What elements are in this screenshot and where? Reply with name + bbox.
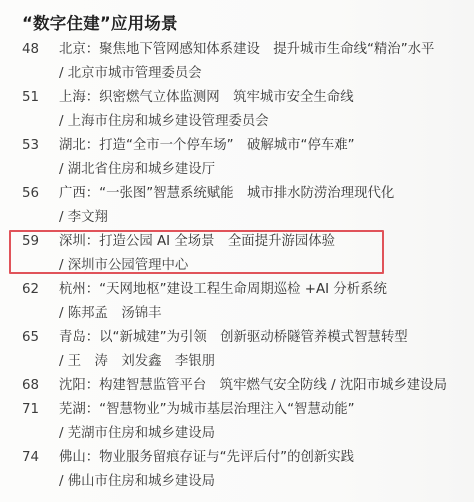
- toc-entry-title-line: 53 湖北：打造“全市一个停车场” 破解城市“停车难”: [0, 134, 474, 158]
- article-author: / 芜湖市住房和城乡建设局: [59, 422, 215, 446]
- article-author: / 上海市住房和城乡建设管理委员会: [59, 110, 269, 134]
- toc-entry-author-line: / 佛山市住房和城乡建设局: [0, 470, 474, 494]
- toc-entry-title-line: 74 佛山：物业服务留痕存证与“先评后付”的创新实践: [0, 446, 474, 470]
- article-author: / 陈邦孟 汤锦丰: [59, 302, 162, 326]
- toc-entry-title-line: 71 芜湖：“智慧物业”为城市基层治理注入“智慧动能”: [0, 398, 474, 422]
- article-author: / 北京市城市管理委员会: [59, 62, 202, 86]
- table-of-contents: 48 北京：聚焦地下管网感知体系建设 提升城市生命线“精治”水平 / 北京市城市…: [0, 38, 474, 494]
- page-number: 65: [22, 326, 52, 350]
- toc-entry-title-line: 65 青岛：以“新城建”为引领 创新驱动桥隧管养模式智慧转型: [0, 326, 474, 350]
- toc-entry-author-line: / 北京市城市管理委员会: [0, 62, 474, 86]
- toc-entry-title-line: 48 北京：聚焦地下管网感知体系建设 提升城市生命线“精治”水平: [0, 38, 474, 62]
- toc-entry-title-line: 68 沈阳：构建智慧监管平台 筑牢燃气安全防线 / 沈阳市城乡建设局: [0, 374, 474, 398]
- toc-entry[interactable]: 62 杭州：“天网地枢”建设工程生命周期巡检 +AI 分析系统 / 陈邦孟 汤锦…: [0, 278, 474, 326]
- toc-entry-author-line: / 深圳市公园管理中心: [0, 254, 474, 278]
- section-title: “数字住建”应用场景: [22, 10, 178, 34]
- page-number: 59: [22, 230, 52, 254]
- page-number: 56: [22, 182, 52, 206]
- toc-entry[interactable]: 74 佛山：物业服务留痕存证与“先评后付”的创新实践 / 佛山市住房和城乡建设局: [0, 446, 474, 494]
- page-number: 74: [22, 446, 52, 470]
- article-title[interactable]: 佛山：物业服务留痕存证与“先评后付”的创新实践: [59, 446, 354, 470]
- article-title[interactable]: 青岛：以“新城建”为引领 创新驱动桥隧管养模式智慧转型: [59, 326, 408, 350]
- toc-entry-author-line: / 李文翔: [0, 206, 474, 230]
- article-title[interactable]: 广西：“一张图”智慧系统赋能 城市排水防涝治理现代化: [59, 182, 394, 206]
- toc-entry-title-line: 62 杭州：“天网地枢”建设工程生命周期巡检 +AI 分析系统: [0, 278, 474, 302]
- toc-entry[interactable]: 48 北京：聚焦地下管网感知体系建设 提升城市生命线“精治”水平 / 北京市城市…: [0, 38, 474, 86]
- document-page: “数字住建”应用场景 48 北京：聚焦地下管网感知体系建设 提升城市生命线“精治…: [0, 0, 474, 502]
- article-title[interactable]: 沈阳：构建智慧监管平台 筑牢燃气安全防线 / 沈阳市城乡建设局: [59, 374, 447, 398]
- article-author: / 湖北省住房和城乡建设厅: [59, 158, 215, 182]
- page-number: 51: [22, 86, 52, 110]
- page-number: 71: [22, 398, 52, 422]
- toc-entry-author-line: / 芜湖市住房和城乡建设局: [0, 422, 474, 446]
- article-title[interactable]: 深圳：打造公园 AI 全场景 全面提升游园体验: [59, 230, 335, 254]
- toc-entry-title-line: 51 上海：织密燃气立体监测网 筑牢城市安全生命线: [0, 86, 474, 110]
- toc-entry-author-line: / 陈邦孟 汤锦丰: [0, 302, 474, 326]
- article-title[interactable]: 上海：织密燃气立体监测网 筑牢城市安全生命线: [59, 86, 354, 110]
- toc-entry[interactable]: 68 沈阳：构建智慧监管平台 筑牢燃气安全防线 / 沈阳市城乡建设局: [0, 374, 474, 398]
- page-number: 68: [22, 374, 52, 398]
- page-number: 48: [22, 38, 52, 62]
- toc-entry[interactable]: 65 青岛：以“新城建”为引领 创新驱动桥隧管养模式智慧转型 / 王 涛 刘发鑫…: [0, 326, 474, 374]
- toc-entry-title-line: 59 深圳：打造公园 AI 全场景 全面提升游园体验: [0, 230, 474, 254]
- page-number: 62: [22, 278, 52, 302]
- toc-entry[interactable]: 71 芜湖：“智慧物业”为城市基层治理注入“智慧动能” / 芜湖市住房和城乡建设…: [0, 398, 474, 446]
- article-title[interactable]: 北京：聚焦地下管网感知体系建设 提升城市生命线“精治”水平: [59, 38, 434, 62]
- article-author: / 佛山市住房和城乡建设局: [59, 470, 215, 494]
- toc-entry-highlighted[interactable]: 59 深圳：打造公园 AI 全场景 全面提升游园体验 / 深圳市公园管理中心: [0, 230, 474, 278]
- toc-entry[interactable]: 53 湖北：打造“全市一个停车场” 破解城市“停车难” / 湖北省住房和城乡建设…: [0, 134, 474, 182]
- article-title[interactable]: 湖北：打造“全市一个停车场” 破解城市“停车难”: [59, 134, 355, 158]
- toc-entry-title-line: 56 广西：“一张图”智慧系统赋能 城市排水防涝治理现代化: [0, 182, 474, 206]
- article-title[interactable]: 芜湖：“智慧物业”为城市基层治理注入“智慧动能”: [59, 398, 355, 422]
- toc-entry-author-line: / 上海市住房和城乡建设管理委员会: [0, 110, 474, 134]
- article-title[interactable]: 杭州：“天网地枢”建设工程生命周期巡检 +AI 分析系统: [59, 278, 387, 302]
- article-author: / 李文翔: [59, 206, 108, 230]
- toc-entry[interactable]: 51 上海：织密燃气立体监测网 筑牢城市安全生命线 / 上海市住房和城乡建设管理…: [0, 86, 474, 134]
- toc-entry-author-line: / 湖北省住房和城乡建设厅: [0, 158, 474, 182]
- toc-entry-author-line: / 王 涛 刘发鑫 李银朋: [0, 350, 474, 374]
- toc-entry[interactable]: 56 广西：“一张图”智慧系统赋能 城市排水防涝治理现代化 / 李文翔: [0, 182, 474, 230]
- article-author: / 深圳市公园管理中心: [59, 254, 188, 278]
- article-author: / 王 涛 刘发鑫 李银朋: [59, 350, 215, 374]
- page-number: 53: [22, 134, 52, 158]
